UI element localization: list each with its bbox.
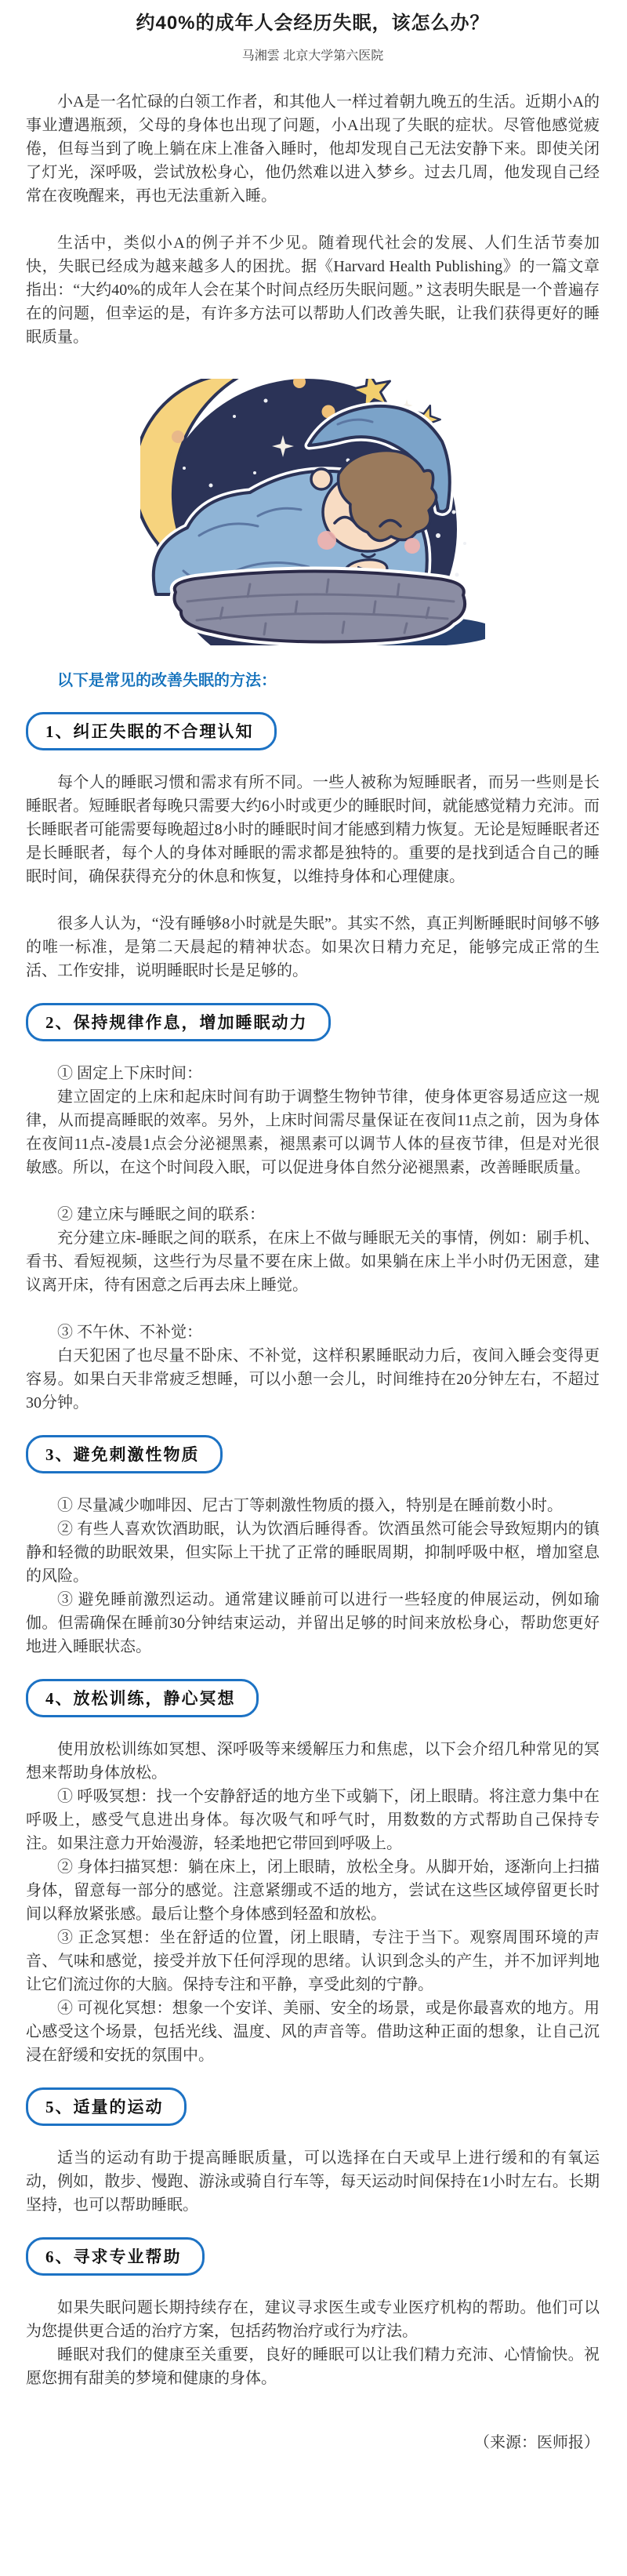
sleeping-child-illustration <box>140 379 485 649</box>
section-heading-box: 2、保持规律作息，增加睡眠动力 <box>26 1003 331 1041</box>
paragraph: 睡眠对我们的健康至关重要，良好的睡眠可以让我们精力充沛、心情愉快。祝愿您拥有甜美… <box>26 2343 600 2390</box>
ear <box>311 469 332 489</box>
method-section: 1、纠正失眠的不合理认知 每个人的睡眠习惯和需求有所不同。一些人被称为短睡眠者，… <box>26 712 600 983</box>
paragraph: 每个人的睡眠习惯和需求有所不同。一些人被称为短睡眠者，而另一些则是长睡眠者。短睡… <box>26 771 600 888</box>
method-section: 2、保持规律作息，增加睡眠动力 ① 固定上下床时间： 建立固定的上床和起床时间有… <box>26 1003 600 1415</box>
section-heading-box: 1、纠正失眠的不合理认知 <box>26 712 277 750</box>
paragraph: 白天犯困了也尽量不卧床、不补觉，这样积累睡眠动力后，夜间入睡会变得更容易。如果白… <box>26 1344 600 1415</box>
method-section: 5、适量的运动 适当的运动有助于提高睡眠质量，可以选择在白天或早上进行缓和的有氧… <box>26 2087 600 2217</box>
section-heading-box: 6、寻求专业帮助 <box>26 2237 205 2276</box>
paragraph: 生活中，类似小A的例子并不少见。随着现代社会的发展、人们生活节奏加快，失眠已经成… <box>26 231 600 349</box>
section-heading: 6、寻求专业帮助 <box>45 2247 182 2266</box>
intro-block: 小A是一名忙碌的白领工作者，和其他人一样过着朝九晚五的生活。近期小A的事业遭遇瓶… <box>26 90 600 349</box>
paragraph: 如果失眠问题长期持续存在，建议寻求医生或专业医疗机构的帮助。他们可以为您提供更合… <box>26 2296 600 2343</box>
section-heading-box: 5、适量的运动 <box>26 2087 187 2126</box>
method-section: 6、寻求专业帮助 如果失眠问题长期持续存在，建议寻求医生或专业医疗机构的帮助。他… <box>26 2237 600 2390</box>
method-section: 4、放松训练，静心冥想 使用放松训练如冥想、深呼吸等来缓解压力和焦虑，以下会介绍… <box>26 1679 600 2067</box>
paragraph: 小A是一名忙碌的白领工作者，和其他人一样过着朝九晚五的生活。近期小A的事业遭遇瓶… <box>26 90 600 208</box>
section-heading: 2、保持规律作息，增加睡眠动力 <box>45 1013 308 1032</box>
sub-item-heading: ③ 不午休、不补觉： <box>26 1321 600 1344</box>
mattress <box>175 572 466 642</box>
byline: 马湘雲 北京大学第六医院 <box>26 45 600 64</box>
blush <box>317 531 336 550</box>
paragraph: 使用放松训练如冥想、深呼吸等来缓解压力和焦虑，以下会介绍几种常见的冥想来帮助身体… <box>26 1738 600 1785</box>
section-heading: 3、避免刺激性物质 <box>45 1445 200 1464</box>
paragraph: ④ 可视化冥想：想象一个安详、美丽、安全的场景，或是你最喜欢的地方。用心感受这个… <box>26 1996 600 2067</box>
sub-item-heading: ① 固定上下床时间： <box>26 1062 600 1085</box>
article-page: 约40%的成年人会经历失眠，该怎么办？ 马湘雲 北京大学第六医院 小A是一名忙碌… <box>0 0 627 2576</box>
methods-intro-heading: 以下是常见的改善失眠的方法： <box>26 670 600 692</box>
method-section: 3、避免刺激性物质 ① 尽量减少咖啡因、尼古丁等刺激性物质的摄入，特别是在睡前数… <box>26 1435 600 1659</box>
paragraph: 充分建立床-睡眠之间的联系，在床上不做与睡眠无关的事情，例如：刷手机、看书、看短… <box>26 1226 600 1297</box>
section-heading: 1、纠正失眠的不合理认知 <box>45 722 254 741</box>
paragraph: ③ 避免睡前激烈运动。通常建议睡前可以进行一些轻度的伸展运动，例如瑜伽。但需确保… <box>26 1588 600 1659</box>
section-heading: 5、适量的运动 <box>45 2098 164 2116</box>
paragraph: ① 呼吸冥想：找一个安静舒适的地方坐下或躺下，闭上眼睛。将注意力集中在呼吸上，感… <box>26 1785 600 1855</box>
planet-icon <box>172 431 184 443</box>
paragraph: ② 身体扫描冥想：躺在床上，闭上眼睛，放松全身。从脚开始，逐渐向上扫描身体，留意… <box>26 1855 600 1926</box>
sub-item-heading: ② 建立床与睡眠之间的联系： <box>26 1203 600 1226</box>
paragraph: ③ 正念冥想：坐在舒适的位置，闭上眼睛，专注于当下。观察周围环境的声音、气味和感… <box>26 1926 600 1996</box>
paragraph: ① 尽量减少咖啡因、尼古丁等刺激性物质的摄入，特别是在睡前数小时。 <box>26 1494 600 1517</box>
page-title: 约40%的成年人会经历失眠，该怎么办？ <box>26 11 600 36</box>
section-heading: 4、放松训练，静心冥想 <box>45 1689 236 1708</box>
paragraph: 适当的运动有助于提高睡眠质量，可以选择在白天或早上进行缓和的有氧运动，例如，散步… <box>26 2146 600 2217</box>
section-heading-box: 4、放松训练，静心冥想 <box>26 1679 259 1717</box>
source-note: （来源：医师报） <box>26 2429 600 2452</box>
paragraph: 建立固定的上床和起床时间有助于调整生物钟节律，使身体更容易适应这一规律，从而提高… <box>26 1085 600 1179</box>
paragraph: 很多人认为，“没有睡够8小时就是失眠”。其实不然，真正判断睡眠时间够不够的唯一标… <box>26 912 600 983</box>
paragraph: ② 有些人喜欢饮酒助眠，认为饮酒后睡得香。饮酒虽然可能会导致短期内的镇静和轻微的… <box>26 1517 600 1588</box>
section-heading-box: 3、避免刺激性物质 <box>26 1435 223 1473</box>
blush <box>404 538 420 554</box>
